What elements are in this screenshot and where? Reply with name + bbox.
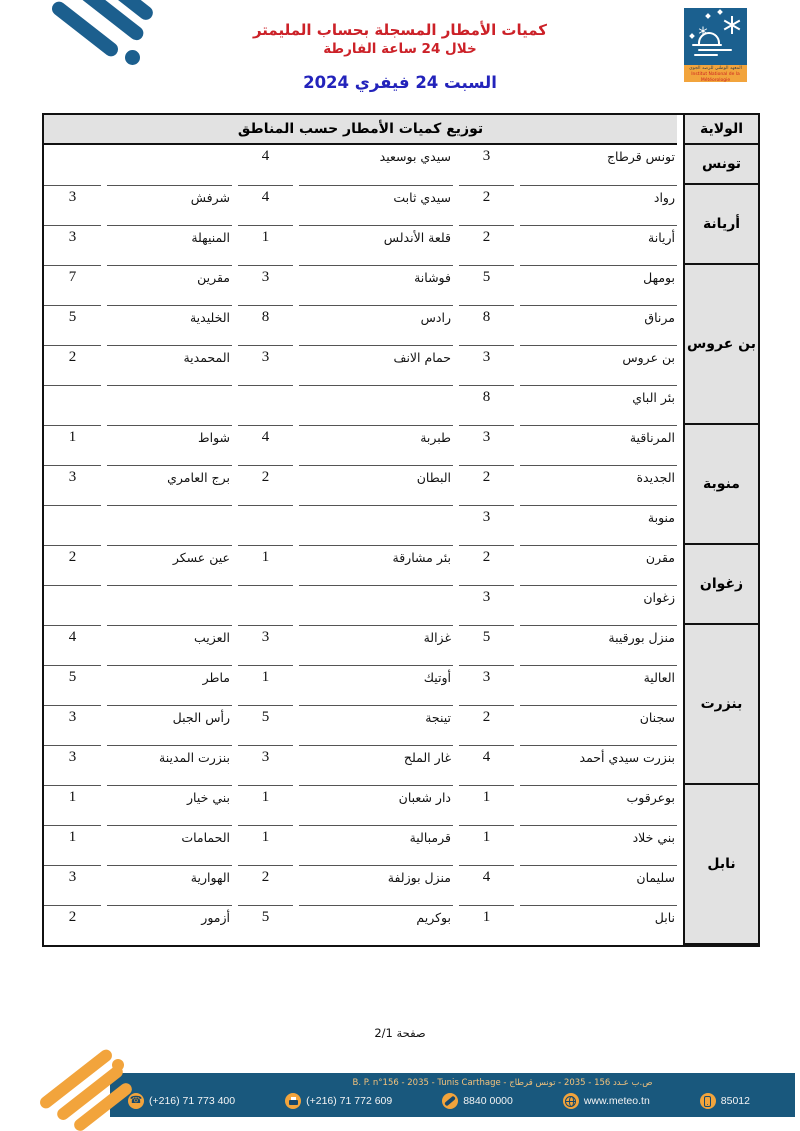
station-name: منوبة bbox=[520, 505, 677, 545]
page-number: صفحة 2/1 bbox=[0, 1026, 800, 1040]
station-name bbox=[107, 505, 232, 545]
rainfall-value: 2 bbox=[238, 865, 293, 905]
report-header: كميات الأمطار المسجلة بحساب المليمتر خلا… bbox=[0, 20, 800, 92]
distribution-header: توزيع كميات الأمطار حسب المناطق bbox=[44, 115, 677, 145]
rainfall-value: 2 bbox=[459, 225, 514, 265]
rainfall-value: 3 bbox=[238, 745, 293, 785]
station-name: حمام الانف bbox=[299, 345, 453, 385]
wave-icon bbox=[692, 44, 722, 46]
station-name: أوتيك bbox=[299, 665, 453, 705]
rainfall-value bbox=[44, 585, 101, 625]
rainfall-value bbox=[238, 385, 293, 425]
station-name: بنزرت المدينة bbox=[107, 745, 232, 785]
wilaya-column-header: الولاية bbox=[683, 115, 758, 145]
station-name: غار الملح bbox=[299, 745, 453, 785]
rainfall-table: الولاية توزيع كميات الأمطار حسب المناطق … bbox=[42, 113, 760, 947]
rainfall-value: 2 bbox=[238, 465, 293, 505]
star-icon bbox=[689, 33, 695, 39]
footer-bar: B. P. n°156 - 2035 - Tunis Carthage - ص.… bbox=[110, 1073, 795, 1117]
rainfall-value: 1 bbox=[238, 225, 293, 265]
inm-caption-french: Institut National de la Météorologie bbox=[684, 72, 747, 82]
wave-icon bbox=[698, 49, 732, 51]
rainfall-value: 2 bbox=[459, 545, 514, 585]
rainfall-value: 3 bbox=[459, 145, 514, 185]
report-title-line2: خلال 24 ساعة الفارطة bbox=[0, 40, 800, 58]
rainfall-value: 5 bbox=[44, 305, 101, 345]
rainfall-value: 5 bbox=[459, 265, 514, 305]
station-name: رادس bbox=[299, 305, 453, 345]
station-name: منزل بوزلفة bbox=[299, 865, 453, 905]
rainfall-value: 4 bbox=[238, 425, 293, 465]
station-name: نابل bbox=[520, 905, 677, 945]
station-name: مرناق bbox=[520, 305, 677, 345]
wilaya-cell: نابل bbox=[683, 785, 758, 945]
contact-text: (+216) 71 773 400 bbox=[149, 1095, 235, 1107]
rainfall-value: 2 bbox=[44, 345, 101, 385]
station-name: بن عروس bbox=[520, 345, 677, 385]
globe-icon bbox=[563, 1093, 579, 1109]
station-name: بني خيار bbox=[107, 785, 232, 825]
station-name: المنيهلة bbox=[107, 225, 232, 265]
rainfall-value: 2 bbox=[44, 545, 101, 585]
inm-caption-arabic: المعهد الوطني للرصد الجوي bbox=[684, 65, 747, 72]
report-title-line1: كميات الأمطار المسجلة بحساب المليمتر bbox=[0, 20, 800, 40]
rainfall-value: 5 bbox=[238, 905, 293, 945]
rainfall-value: 1 bbox=[459, 785, 514, 825]
rainfall-value: 4 bbox=[459, 865, 514, 905]
rainfall-value: 2 bbox=[459, 465, 514, 505]
station-name: بومهل bbox=[520, 265, 677, 305]
rainfall-value: 4 bbox=[44, 625, 101, 665]
station-name: رأس الجبل bbox=[107, 705, 232, 745]
inm-emblem: المعهد الوطني للرصد الجوي Institut Natio… bbox=[684, 8, 747, 82]
station-name: المحمدية bbox=[107, 345, 232, 385]
rainfall-value: 3 bbox=[44, 465, 101, 505]
inm-emblem-caption: المعهد الوطني للرصد الجوي Institut Natio… bbox=[684, 65, 747, 82]
wilaya-cell: زغوان bbox=[683, 545, 758, 625]
rainfall-value: 1 bbox=[44, 785, 101, 825]
station-name: غزالة bbox=[299, 625, 453, 665]
station-name: الجديدة bbox=[520, 465, 677, 505]
rainfall-value: 8 bbox=[459, 305, 514, 345]
rainfall-value: 1 bbox=[238, 665, 293, 705]
station-name: بني خلاد bbox=[520, 825, 677, 865]
station-name: بوعرقوب bbox=[520, 785, 677, 825]
contact-text: 8840 0000 bbox=[463, 1095, 513, 1107]
contact-item: 85012 bbox=[700, 1093, 750, 1109]
footer-address: B. P. n°156 - 2035 - Tunis Carthage - ص.… bbox=[110, 1073, 795, 1088]
rainfall-value: 7 bbox=[44, 265, 101, 305]
rainfall-value: 5 bbox=[238, 705, 293, 745]
wave-icon bbox=[694, 54, 718, 56]
report-date: السبت 24 فيفري 2024 bbox=[0, 73, 800, 92]
rainfall-value: 8 bbox=[459, 385, 514, 425]
rainfall-value: 8 bbox=[238, 305, 293, 345]
rainfall-value: 4 bbox=[238, 145, 293, 185]
rainfall-value bbox=[238, 505, 293, 545]
station-name bbox=[107, 145, 232, 185]
station-name: مقرين bbox=[107, 265, 232, 305]
rainfall-value bbox=[44, 505, 101, 545]
contact-text: 85012 bbox=[721, 1095, 750, 1107]
station-name: العزيب bbox=[107, 625, 232, 665]
contact-item: (+216) 71 772 609 bbox=[285, 1093, 392, 1109]
station-name bbox=[107, 585, 232, 625]
wilaya-cell: أريانة bbox=[683, 185, 758, 265]
station-name: الحمامات bbox=[107, 825, 232, 865]
station-name: طبربة bbox=[299, 425, 453, 465]
rainfall-value: 2 bbox=[459, 705, 514, 745]
station-name: المرناقية bbox=[520, 425, 677, 465]
rainfall-value: 5 bbox=[44, 665, 101, 705]
report-page: { "header": { "title_line1": "كميات الأم… bbox=[0, 0, 800, 1131]
wilaya-cell: بن عروس bbox=[683, 265, 758, 425]
rainfall-value: 3 bbox=[44, 185, 101, 225]
station-name: سجنان bbox=[520, 705, 677, 745]
rainfall-value: 1 bbox=[44, 425, 101, 465]
snowflake-icon bbox=[723, 16, 741, 34]
station-name: أريانة bbox=[520, 225, 677, 265]
rainfall-value: 1 bbox=[238, 825, 293, 865]
station-name: تونس قرطاج bbox=[520, 145, 677, 185]
station-name bbox=[107, 385, 232, 425]
rainfall-value: 1 bbox=[459, 905, 514, 945]
star-icon bbox=[705, 13, 711, 19]
station-name: شواط bbox=[107, 425, 232, 465]
rainfall-value: 4 bbox=[459, 745, 514, 785]
rainfall-value: 3 bbox=[459, 345, 514, 385]
footer-contacts: ☎(+216) 71 773 400(+216) 71 772 6098840 … bbox=[110, 1088, 795, 1109]
station-name: بنزرت سيدي أحمد bbox=[520, 745, 677, 785]
station-name: فوشانة bbox=[299, 265, 453, 305]
rainfall-value: 3 bbox=[238, 265, 293, 305]
rainfall-value: 3 bbox=[459, 665, 514, 705]
station-name: البطان bbox=[299, 465, 453, 505]
contact-item: www.meteo.tn bbox=[563, 1093, 650, 1109]
rainfall-value bbox=[44, 145, 101, 185]
station-name: سليمان bbox=[520, 865, 677, 905]
rainfall-value: 4 bbox=[238, 185, 293, 225]
contact-text: (+216) 71 772 609 bbox=[306, 1095, 392, 1107]
rainfall-value: 3 bbox=[44, 865, 101, 905]
station-name: شرفش bbox=[107, 185, 232, 225]
station-name: منزل بورقيبة bbox=[520, 625, 677, 665]
rainfall-value: 3 bbox=[459, 585, 514, 625]
mobile-icon bbox=[700, 1093, 716, 1109]
rainfall-value: 3 bbox=[238, 345, 293, 385]
rainfall-value: 2 bbox=[459, 185, 514, 225]
star-icon bbox=[717, 9, 723, 15]
sun-arc-icon bbox=[698, 32, 720, 44]
station-name: العالية bbox=[520, 665, 677, 705]
rainfall-value: 3 bbox=[238, 625, 293, 665]
contact-item: 8840 0000 bbox=[442, 1093, 513, 1109]
station-name: سيدي بوسعيد bbox=[299, 145, 453, 185]
station-name: قلعة الأندلس bbox=[299, 225, 453, 265]
handset-icon bbox=[442, 1093, 458, 1109]
station-name bbox=[299, 505, 453, 545]
fax-icon bbox=[285, 1093, 301, 1109]
station-name: تينجة bbox=[299, 705, 453, 745]
wilaya-cell: تونس bbox=[683, 145, 758, 185]
station-name: بئر مشارقة bbox=[299, 545, 453, 585]
rainfall-value: 3 bbox=[44, 745, 101, 785]
contact-text: www.meteo.tn bbox=[584, 1095, 650, 1107]
station-name: مقرن bbox=[520, 545, 677, 585]
station-name: رواد bbox=[520, 185, 677, 225]
station-name: زغوان bbox=[520, 585, 677, 625]
station-name: سيدي ثابت bbox=[299, 185, 453, 225]
station-name: قرمبالية bbox=[299, 825, 453, 865]
station-name: ماطر bbox=[107, 665, 232, 705]
wilaya-cell: بنزرت bbox=[683, 625, 758, 785]
wilaya-cell: منوبة bbox=[683, 425, 758, 545]
rainfall-value bbox=[44, 385, 101, 425]
rainfall-value: 1 bbox=[44, 825, 101, 865]
inm-emblem-art bbox=[684, 8, 747, 65]
station-name: عين عسكر bbox=[107, 545, 232, 585]
station-name: بوكريم bbox=[299, 905, 453, 945]
rainfall-value: 3 bbox=[44, 225, 101, 265]
station-name bbox=[299, 385, 453, 425]
station-name: برج العامري bbox=[107, 465, 232, 505]
station-name: أزمور bbox=[107, 905, 232, 945]
rainfall-value: 5 bbox=[459, 625, 514, 665]
station-name bbox=[299, 585, 453, 625]
rainfall-value: 1 bbox=[238, 785, 293, 825]
rainfall-value: 3 bbox=[459, 505, 514, 545]
rainfall-value: 1 bbox=[459, 825, 514, 865]
station-name: بئر الباي bbox=[520, 385, 677, 425]
station-name: دار شعبان bbox=[299, 785, 453, 825]
station-name: الخليدية bbox=[107, 305, 232, 345]
rainfall-value: 3 bbox=[44, 705, 101, 745]
rainfall-value: 1 bbox=[238, 545, 293, 585]
footer-swoosh-logo bbox=[20, 1045, 150, 1131]
rainfall-value bbox=[238, 585, 293, 625]
station-name: الهوارية bbox=[107, 865, 232, 905]
rainfall-value: 2 bbox=[44, 905, 101, 945]
rainfall-value: 3 bbox=[459, 425, 514, 465]
